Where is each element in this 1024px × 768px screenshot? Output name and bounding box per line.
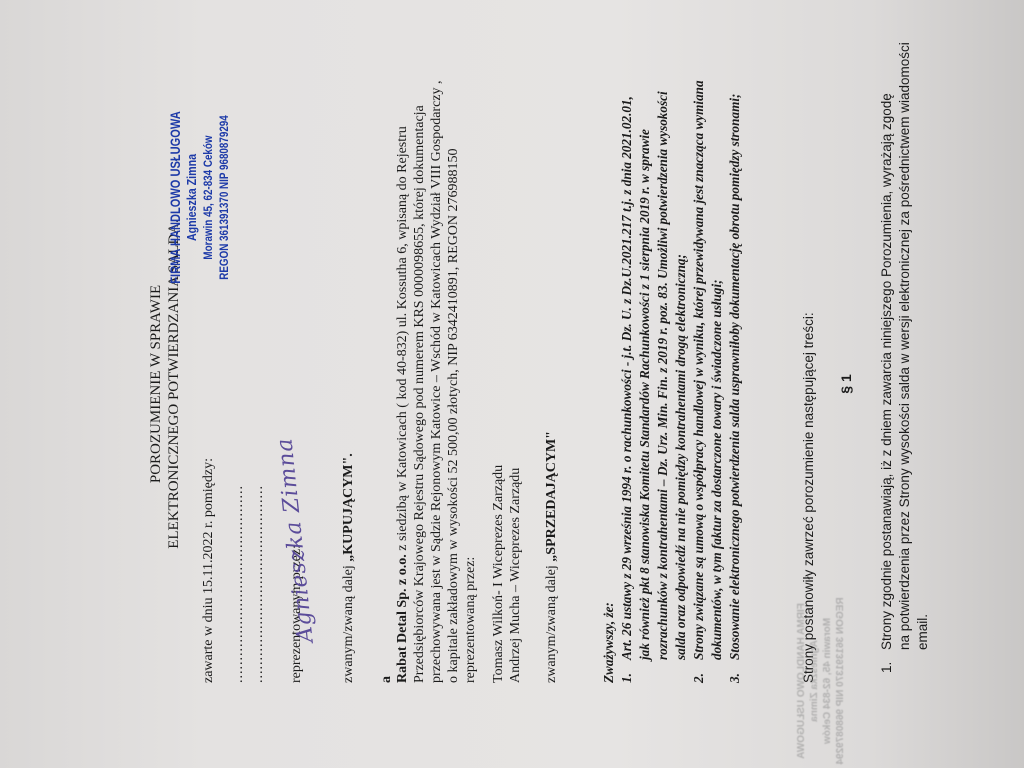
stamp-address: Morawin 45, 62-834 Ceków: [200, 95, 216, 300]
whereas-item-line: jak również pkt 8 stanowiska Komitetu St…: [636, 129, 654, 660]
representative-2: Andrzej Mucha – Wiceprezes Zarządu: [507, 468, 524, 683]
ghost-stamp-line-1: FIRMA HANDLOWO USŁUGOWA: [795, 596, 808, 766]
seller-line: Przedsiębiorców Krajowego Rejestru Sądow…: [411, 80, 428, 683]
whereas-item-line: dokumentów, w tym faktur za dostarczone …: [708, 279, 726, 660]
conjunction-a: a: [378, 676, 395, 683]
clause-line: na potwierdzenia przez Strony wysokości …: [896, 42, 913, 650]
seller-designation-text: zwanym/zwaną dalej „SPRZEDAJĄCYM": [544, 431, 559, 683]
ghost-stamp-line-4: REGON 361391370 NIP 9680879294: [834, 596, 847, 766]
blank-line-1: ........................................…: [230, 485, 247, 683]
buyer-designation: zwanym/zwaną dalej „KUPUJĄCYM".: [340, 453, 357, 683]
seller-line: Rabat Detal Sp. z o.o. z siedzibą w Kato…: [394, 80, 411, 683]
clause-line: Strony zgodnie postanawiają, iż z dniem …: [878, 93, 895, 650]
clause-line: email.: [914, 614, 931, 650]
whereas-heading: Zważywszy, że:: [600, 602, 618, 683]
document-page: POROZUMIENIE W SPRAWIE ELEKTRONICZNEGO P…: [0, 0, 1024, 768]
whereas-item-number: 1.: [618, 673, 636, 683]
stamp-company-name: FIRMA HANDLOWO USŁUGOWA: [168, 95, 184, 300]
buyer-company-stamp: FIRMA HANDLOWO USŁUGOWA Agnieszka Zimna …: [168, 95, 232, 300]
whereas-item-number: 2.: [690, 673, 708, 683]
buyer-signature: Agnieszka Zimna: [272, 436, 318, 643]
document-title-line-1: POROZUMIENIE W SPRAWIE: [148, 0, 165, 768]
representative-1: Tomasz Wilkoń- I Wiceprezes Zarządu: [490, 465, 507, 683]
clause-number: 1.: [878, 662, 895, 673]
seller-description: Rabat Detal Sp. z o.o. z siedzibą w Kato…: [394, 80, 479, 683]
whereas-item-line: Art. 26 ustawy z 29 września 1994 r. o r…: [618, 96, 636, 660]
ghost-stamp-line-3: Morawin 45, 62-834 Ceków: [821, 596, 834, 766]
seller-company-name: Rabat Detal Sp. z o.o.: [395, 554, 410, 683]
whereas-item-line: rozrachunków z kontrahentami – Dz. Urz. …: [654, 91, 672, 660]
whereas-item-number: 3.: [726, 673, 744, 683]
stamp-owner-name: Agnieszka Zimna: [184, 95, 200, 300]
seller-designation: zwanym/zwaną dalej „SPRZEDAJĄCYM": [543, 431, 560, 683]
buyer-designation-text: zwanym/zwaną dalej „KUPUJĄCYM".: [341, 453, 356, 683]
whereas-item-line: Strony związane są umową o współpracy ha…: [690, 80, 708, 660]
blank-line-2: ........................................…: [250, 485, 267, 683]
whereas-item-line: salda oraz odpowiedź na nie pomiędzy kon…: [672, 254, 690, 660]
contract-date-intro: zawarte w dniu 15.11.2022 r. pomiędzy:: [200, 458, 217, 683]
whereas-item-line: Stosowanie elektronicznego potwierdzenia…: [726, 94, 744, 660]
stamp-regon-nip: REGON 361391370 NIP 9680879294: [216, 95, 232, 300]
bleed-through-stamp: FIRMA HANDLOWO USŁUGOWA Agnieszka Zimna …: [795, 596, 847, 766]
seller-line: o kapitale zakładowym w wysokości 52 500…: [445, 80, 462, 683]
ghost-stamp-line-2: Agnieszka Zimna: [808, 596, 821, 766]
seller-line: reprezentowaną przez:: [462, 80, 479, 683]
seller-line: przechowywana jest w Sądzie Rejonowym Ka…: [428, 80, 445, 683]
